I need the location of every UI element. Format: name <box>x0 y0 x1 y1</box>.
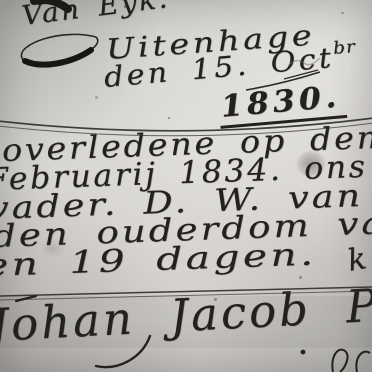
date-underline-flourish <box>246 72 320 90</box>
section-divider-bottom <box>0 287 372 296</box>
descender-flourish <box>96 336 150 367</box>
next-line-ascender <box>332 350 347 372</box>
ink-decoration-layer <box>0 0 372 372</box>
signature-flourish-thick <box>25 50 91 65</box>
footer-j-tick <box>16 296 36 301</box>
section-divider-bottom <box>0 291 372 300</box>
scanned-document-page: Van Eyk. Uitenhage den 15. Octbr 1830. o… <box>0 0 372 372</box>
ink-dot <box>301 350 306 355</box>
next-line-ascender <box>356 352 370 372</box>
signature-flourish-top <box>34 0 68 9</box>
pencil-stray-mark <box>288 58 320 66</box>
